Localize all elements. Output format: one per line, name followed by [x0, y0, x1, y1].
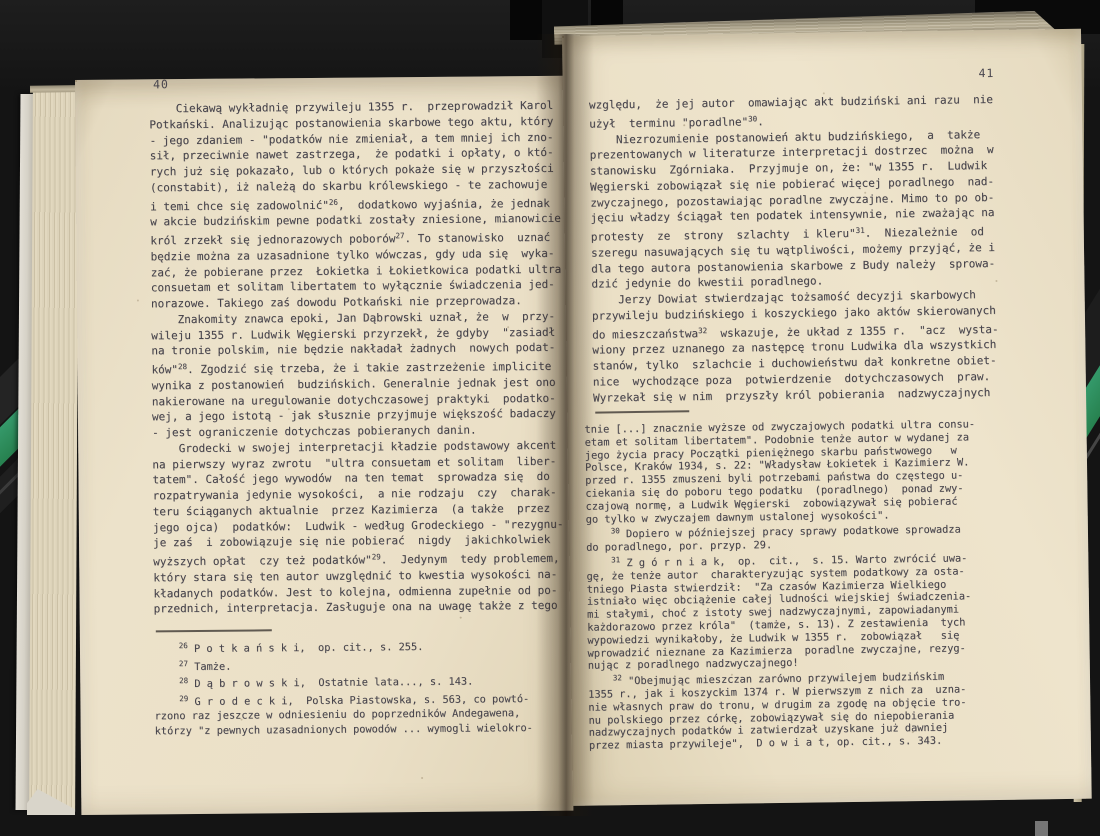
left-page: 40 Ciekawą wykładnię przywileju 1355 r. … [75, 76, 573, 815]
page-number: 40 [153, 77, 169, 91]
right-page: 41 względu, że jej autor omawiając akt b… [562, 29, 1092, 806]
scanner-mark [1035, 821, 1048, 836]
body-text: Ciekawą wykładnię przywileju 1355 r. prz… [149, 98, 569, 618]
footnote-text: 26 P o t k a ń s k i, op. cit., s. 255. … [154, 636, 571, 739]
book-gutter-shadow [536, 34, 594, 816]
footnote-separator [156, 629, 272, 632]
scanned-book-photo: 40 Ciekawą wykładnię przywileju 1355 r. … [0, 0, 1100, 836]
text-line: przednich, interpretacja. Zasługuje ona … [154, 598, 570, 617]
footnote-text: tnie [...] znacznie wyższe od zwyczajowy… [584, 418, 1029, 753]
footnote-separator [595, 410, 689, 413]
body-text: względu, że jej autor omawiając akt budz… [589, 92, 1013, 406]
page-stack-fore-edge-left [29, 90, 79, 812]
text-line: którzy "z pewnych uzasadnionych powodów … [155, 721, 571, 739]
page-number: 41 [978, 66, 994, 80]
